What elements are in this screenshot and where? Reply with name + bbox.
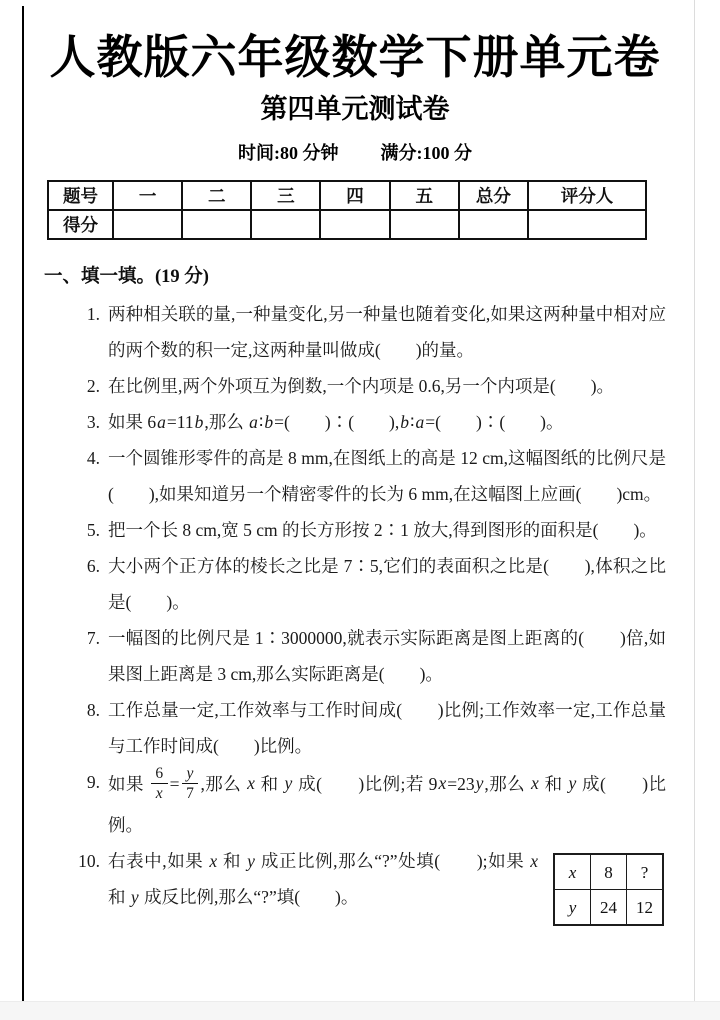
score-empty-cell bbox=[459, 210, 528, 239]
xy-value-table: x8?y2412 bbox=[553, 853, 664, 926]
question-number: 10. bbox=[64, 843, 100, 879]
fraction: y7 bbox=[182, 764, 199, 804]
xy-table-cell: ? bbox=[627, 854, 664, 890]
score-table-col-5: 四 bbox=[320, 181, 389, 210]
page-right-edge bbox=[694, 0, 695, 1020]
score-table-col-4: 三 bbox=[251, 181, 320, 210]
time-limit-label: 时间:80 分钟 bbox=[238, 143, 339, 163]
score-table-col-8: 评分人 bbox=[528, 181, 646, 210]
score-empty-cell bbox=[390, 210, 459, 239]
question-number: 8. bbox=[64, 692, 100, 728]
fraction: 6x bbox=[151, 764, 168, 804]
question-7: 7.一幅图的比例尺是 1∶3000000,就表示实际距离是图上距离的( )倍,如… bbox=[44, 620, 666, 692]
xy-table-cell: x bbox=[554, 854, 591, 890]
question-5: 5.把一个长 8 cm,宽 5 cm 的长方形按 2∶1 放大,得到图形的面积是… bbox=[44, 512, 666, 548]
question-6: 6.大小两个正方体的棱长之比是 7∶5,它们的表面积之比是( ),体积之比是( … bbox=[44, 548, 666, 620]
exam-page: 人教版六年级数学下册单元卷 第四单元测试卷 时间:80 分钟满分:100 分 题… bbox=[44, 0, 684, 926]
left-margin-line bbox=[22, 6, 24, 1001]
xy-table-cell: 8 bbox=[591, 854, 627, 890]
score-table-col-3: 二 bbox=[182, 181, 251, 210]
score-empty-cell bbox=[320, 210, 389, 239]
question-number: 4. bbox=[64, 440, 100, 476]
score-table-col-2: 一 bbox=[113, 181, 182, 210]
question-4: 4.一个圆锥形零件的高是 8 mm,在图纸上的高是 12 cm,这幅图纸的比例尺… bbox=[44, 440, 666, 512]
question-list: 1.两种相关联的量,一种量变化,另一种量也随着变化,如果这两种量中相对应的两个数… bbox=[44, 296, 684, 927]
question-number: 5. bbox=[64, 512, 100, 548]
xy-table-cell: 12 bbox=[627, 890, 664, 926]
question-number: 7. bbox=[64, 620, 100, 656]
score-table-col-6: 五 bbox=[390, 181, 459, 210]
page-title: 人教版六年级数学下册单元卷 bbox=[26, 30, 684, 85]
score-table-header-row: 题号一二三四五总分评分人 bbox=[48, 181, 646, 210]
score-empty-cell bbox=[182, 210, 251, 239]
question-text: 如果 6a=11b,那么 a∶b=( )∶( ),b∶a=( )∶( )。 bbox=[108, 404, 666, 440]
score-empty-cell bbox=[528, 210, 646, 239]
full-score-label: 满分:100 分 bbox=[381, 143, 473, 163]
question-number: 9. bbox=[64, 764, 100, 800]
question-number: 2. bbox=[64, 368, 100, 404]
question-text: 大小两个正方体的棱长之比是 7∶5,它们的表面积之比是( ),体积之比是( )。 bbox=[108, 548, 666, 620]
question-9: 9.如果 6x=y7,那么 x 和 y 成( )比例;若 9x=23y,那么 x… bbox=[44, 764, 666, 844]
xy-table-cell: 24 bbox=[591, 890, 627, 926]
exam-header: 人教版六年级数学下册单元卷 第四单元测试卷 时间:80 分钟满分:100 分 bbox=[26, 30, 684, 165]
question-number: 1. bbox=[64, 296, 100, 332]
xy-table-cell: y bbox=[554, 890, 591, 926]
score-empty-cell bbox=[113, 210, 182, 239]
question-text: 一幅图的比例尺是 1∶3000000,就表示实际距离是图上距离的( )倍,如果图… bbox=[108, 620, 666, 692]
question-2: 2.在比例里,两个外项互为倒数,一个内项是 0.6,另一个内项是( )。 bbox=[44, 368, 666, 404]
question-8: 8.工作总量一定,工作效率与工作时间成( )比例;工作效率一定,工作总量与工作时… bbox=[44, 692, 666, 764]
page-subtitle: 第四单元测试卷 bbox=[26, 93, 684, 125]
question-10: 10.右表中,如果 x 和 y 成正比例,那么“?”处填( );如果 x 和 y… bbox=[44, 843, 666, 926]
score-table-col-7: 总分 bbox=[459, 181, 528, 210]
question-number: 6. bbox=[64, 548, 100, 584]
xy-table-row: x8? bbox=[554, 854, 663, 890]
question-text: 如果 6x=y7,那么 x 和 y 成( )比例;若 9x=23y,那么 x 和… bbox=[108, 764, 666, 844]
question-text: 工作总量一定,工作效率与工作时间成( )比例;工作效率一定,工作总量与工作时间成… bbox=[108, 692, 666, 764]
question-text: 两种相关联的量,一种量变化,另一种量也随着变化,如果这两种量中相对应的两个数的积… bbox=[108, 296, 666, 368]
xy-table-row: y2412 bbox=[554, 890, 663, 926]
score-row-label: 得分 bbox=[48, 210, 113, 239]
score-table: 题号一二三四五总分评分人 得分 bbox=[47, 180, 647, 240]
question-number: 3. bbox=[64, 404, 100, 440]
section-heading: 一、填一填。(19 分) bbox=[44, 262, 684, 288]
score-table-score-row: 得分 bbox=[48, 210, 646, 239]
question-text: 右表中,如果 x 和 y 成正比例,那么“?”处填( );如果 x 和 y 成反… bbox=[108, 843, 539, 915]
score-empty-cell bbox=[251, 210, 320, 239]
score-table-col-1: 题号 bbox=[48, 181, 113, 210]
question-text: 把一个长 8 cm,宽 5 cm 的长方形按 2∶1 放大,得到图形的面积是( … bbox=[108, 512, 666, 548]
question-1: 1.两种相关联的量,一种量变化,另一种量也随着变化,如果这两种量中相对应的两个数… bbox=[44, 296, 666, 368]
question-text: 一个圆锥形零件的高是 8 mm,在图纸上的高是 12 cm,这幅图纸的比例尺是(… bbox=[108, 440, 666, 512]
question-text: 在比例里,两个外项互为倒数,一个内项是 0.6,另一个内项是( )。 bbox=[108, 368, 666, 404]
exam-info-line: 时间:80 分钟满分:100 分 bbox=[26, 139, 684, 165]
page-bottom-edge bbox=[0, 1001, 720, 1020]
question-3: 3.如果 6a=11b,那么 a∶b=( )∶( ),b∶a=( )∶( )。 bbox=[44, 404, 666, 440]
